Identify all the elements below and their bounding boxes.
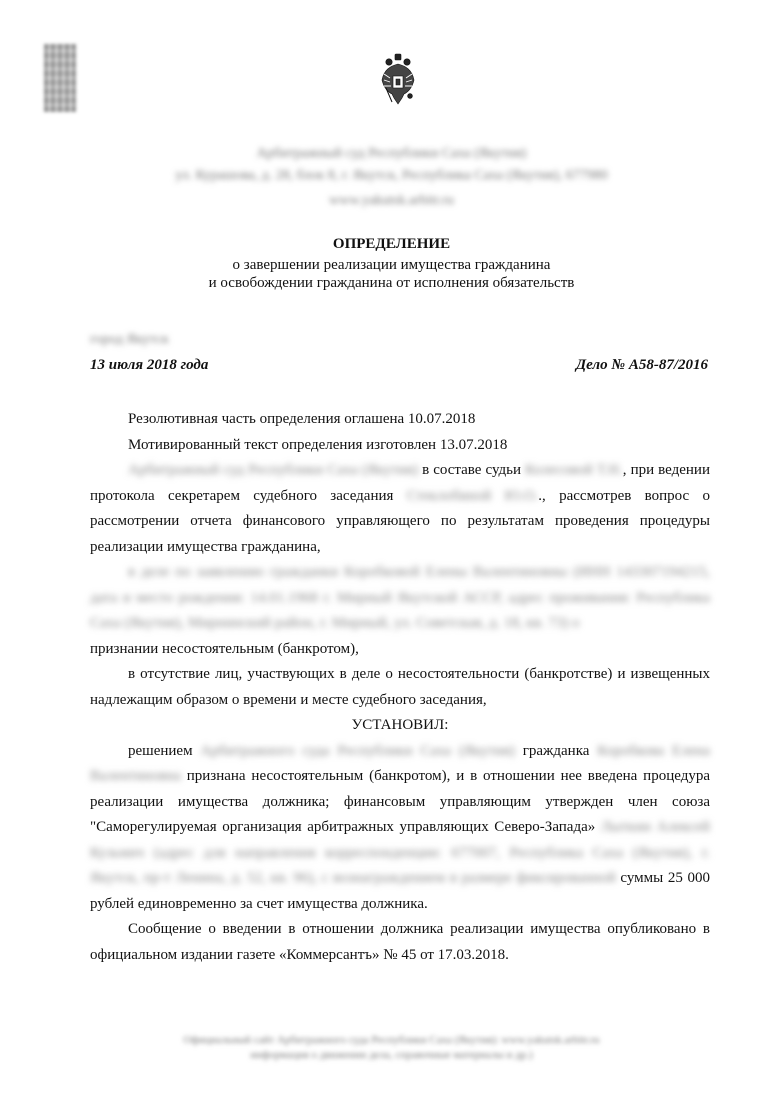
footer: Официальный сайт Арбитражного суда Респу… (0, 1033, 783, 1063)
subtitle-line-1: о завершении реализации имущества гражда… (0, 256, 783, 274)
court-composition-paragraph: Арбитражный суд Республики Саха (Якутия)… (90, 458, 710, 560)
text: решением (128, 743, 200, 759)
subtitle-line-2: и освобождении гражданина от исполнения … (0, 274, 783, 292)
announcement-paragraph: Резолютивная часть определения оглашена … (90, 407, 710, 433)
city: город Якутск (90, 332, 169, 348)
redacted-court: Арбитражный суд Республики Саха (Якутия) (128, 462, 418, 478)
coat-of-arms-icon (380, 52, 416, 110)
footer-line-1: Официальный сайт Арбитражного суда Респу… (0, 1033, 783, 1048)
decision-paragraph: решением Арбитражного суда Республики Са… (90, 739, 710, 918)
court-name: Арбитражный суд Республики Саха (Якутия) (0, 143, 783, 165)
qr-code-icon (44, 44, 76, 112)
case-paragraph: в деле по заявлению гражданки Коробковой… (90, 560, 710, 637)
document-subtitle: о завершении реализации имущества гражда… (0, 256, 783, 292)
footer-line-2: информация о движении дела, справочные м… (0, 1048, 783, 1063)
text: в составе судьи (418, 462, 525, 478)
redacted-court: Арбитражного суда Республики Саха (Якути… (200, 743, 515, 759)
established-heading: УСТАНОВИЛ: (90, 713, 710, 739)
redacted-secretary: Стеклобиной Ю.О. (407, 488, 539, 504)
document-body: Резолютивная часть определения оглашена … (90, 407, 710, 968)
publication-paragraph: Сообщение о введении в отношении должник… (90, 917, 710, 968)
bankruptcy-line: признании несостоятельным (банкротом), (90, 637, 710, 663)
case-number: Дело № А58-87/2016 (576, 357, 708, 374)
redacted-judge: Колесовой Т.Н. (525, 462, 623, 478)
court-website: www.yakutsk.arbitr.ru (0, 190, 783, 212)
redacted-debtor-info: в деле по заявлению гражданки Коробковой… (90, 564, 710, 631)
absence-paragraph: в отсутствие лиц, участвующих в деле о н… (90, 662, 710, 713)
court-address: ул. Курашова, д. 28, блок 8, г. Якутск, … (0, 165, 783, 187)
text: гражданка (515, 743, 597, 759)
document-title: ОПРЕДЕЛЕНИЕ (0, 236, 783, 253)
document-date: 13 июля 2018 года (90, 357, 208, 374)
motivation-paragraph: Мотивированный текст определения изготов… (90, 433, 710, 459)
